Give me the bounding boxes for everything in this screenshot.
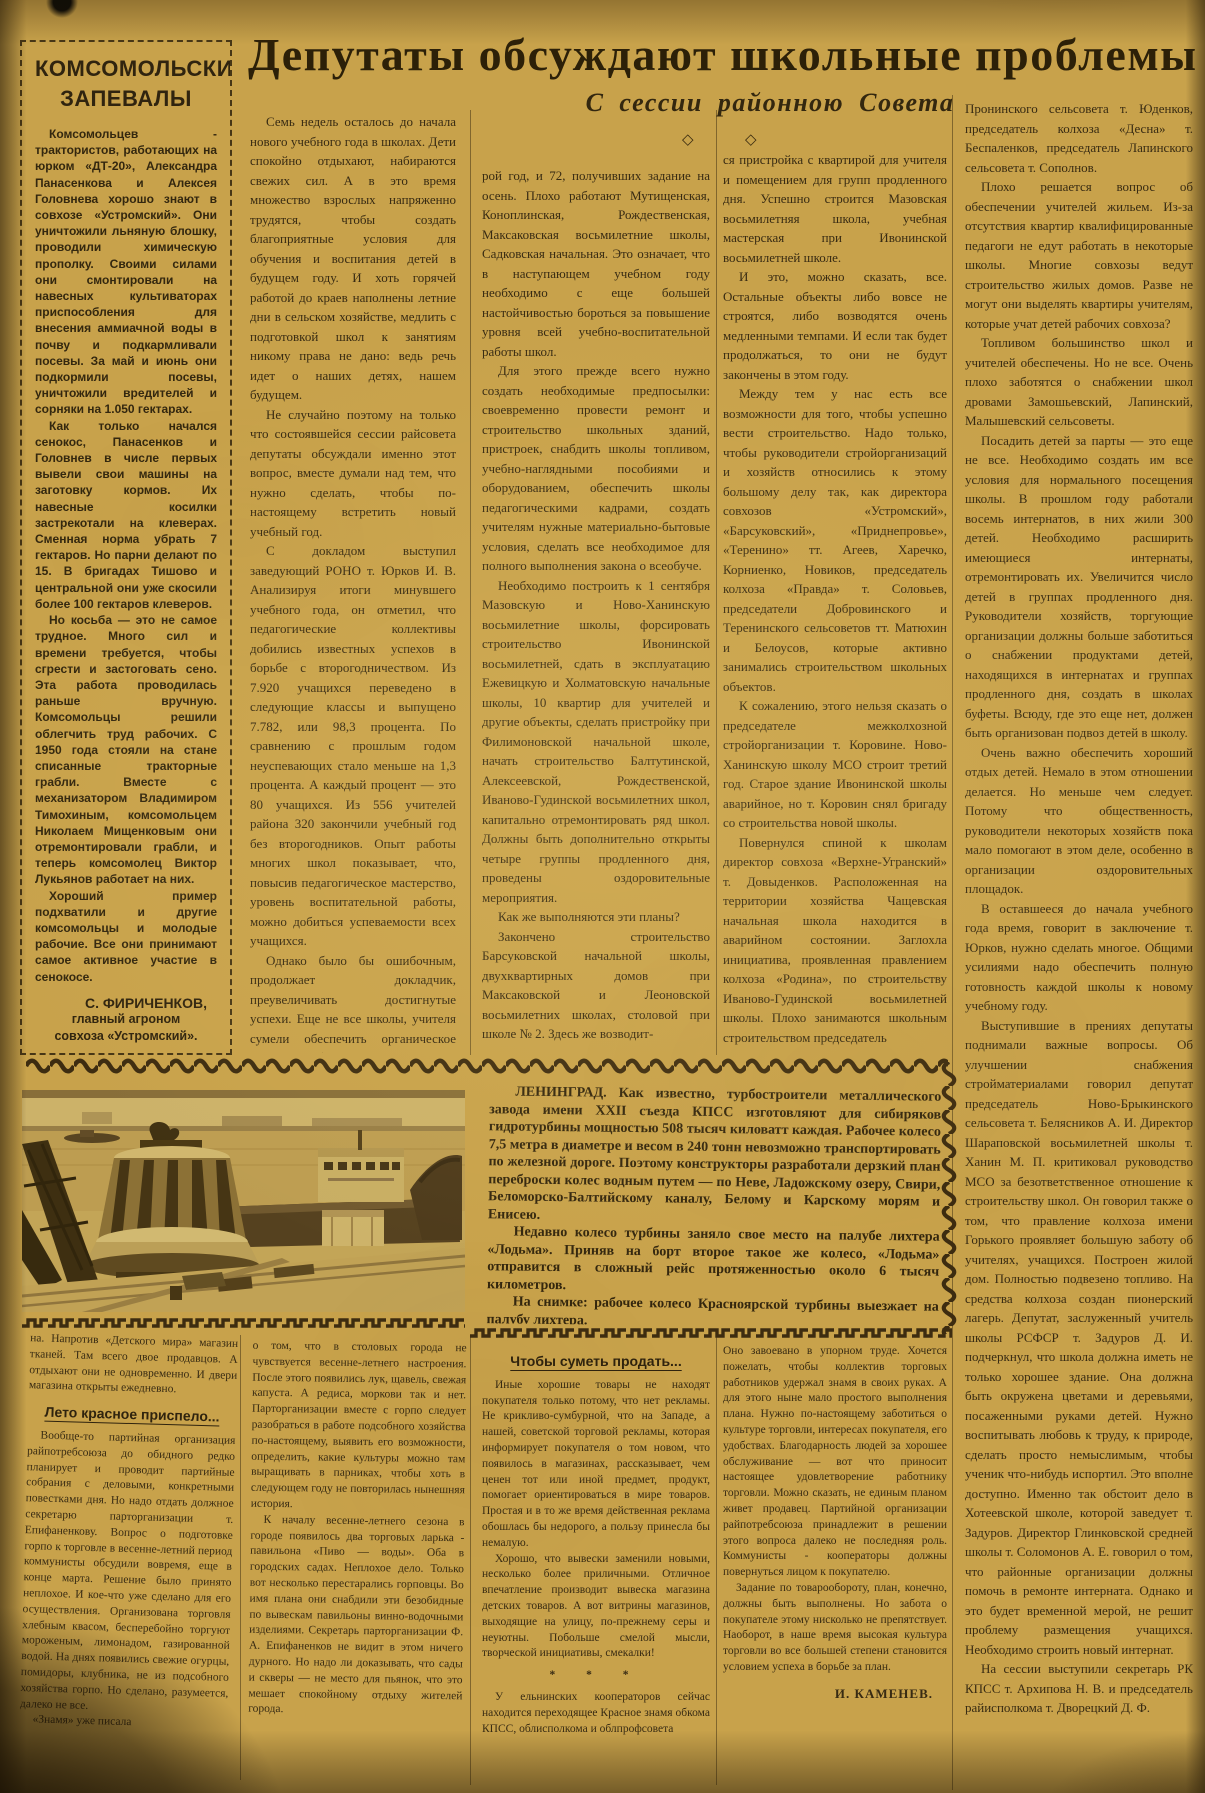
paragraph: Пронинского сельсовета т. Юденков, предс… <box>965 99 1193 177</box>
box-title-line1: КОМСОМОЛЬСКИЕ <box>35 54 217 84</box>
paragraph: На сессии выступили секретарь РК КПСС т.… <box>965 1659 1193 1718</box>
column-rule <box>470 110 471 1055</box>
main-headline: Депутаты обсуждают школьные проблемы <box>248 28 1198 81</box>
paragraph: Не случайно поэтому на только что состоя… <box>250 405 456 542</box>
article-column-1: Семь недель осталось до начала нового уч… <box>250 112 456 1053</box>
paragraph: Как только начался сенокос, Панасенков и… <box>35 418 217 612</box>
box-signature: С. ФИРИЧЕНКОВ, главный агроном совхоза «… <box>35 995 217 1045</box>
zigzag-divider <box>22 1316 465 1330</box>
paragraph: Закончено строительство Барсуковской нач… <box>482 927 710 1044</box>
bottom-column-2: о том, что в столовых города не чувствуе… <box>247 1339 466 1792</box>
zigzag-divider <box>470 1326 952 1340</box>
paragraph: Для этого прежде всего нужно создать нео… <box>482 361 710 576</box>
inline-header: Лето красное приспело... <box>28 1404 236 1426</box>
article-column-2: рой год, и 72, получивших задание на осе… <box>482 166 710 1054</box>
article-column-4: Пронинского сельсовета т. Юденков, предс… <box>965 99 1193 1791</box>
paragraph: Иные хорошие товары не находят покупател… <box>482 1378 710 1552</box>
paragraph: ся пристройка с квартирой для учителя и … <box>723 150 947 267</box>
paragraph: Задание по товарообороту, план, конечно,… <box>723 1581 947 1676</box>
stars-separator: * * * <box>482 1668 710 1684</box>
paragraph: Однако было бы ошибочным, продолжает док… <box>250 951 456 1054</box>
diamond-ornament: ◇ <box>682 130 694 149</box>
signature: И. КАМЕНЕВ. <box>723 1686 947 1702</box>
paragraph: Топливом большинство школ и учителей обе… <box>965 333 1193 431</box>
paragraph: К началу весенне-летнего сезона в городе… <box>248 1512 464 1720</box>
paragraph: Очень важно обеспечить хороший отдых дет… <box>965 743 1193 899</box>
paragraph: Но косьба — это не самое трудное. Много … <box>35 612 217 887</box>
diamond-ornament: ◇ <box>745 130 757 149</box>
box-body: Комсомольцев - трактористов, работающих … <box>35 126 217 985</box>
paragraph: В оставшееся до начала учебного года вре… <box>965 899 1193 1016</box>
box-title-line2: ЗАПЕВАЛЫ <box>35 84 217 114</box>
column-rule <box>716 1335 717 1785</box>
column-rule <box>240 1335 241 1780</box>
paragraph: Между тем у нас есть все возможности для… <box>723 384 947 696</box>
paragraph: Вообще-то партийная организация райпотре… <box>20 1428 236 1718</box>
author-role: главный агроном <box>35 1011 217 1028</box>
paragraph: Повернулся спиной к школам директор совх… <box>723 833 947 1048</box>
bottom-column-3: Чтобы суметь продать...Иные хорошие това… <box>482 1344 710 1790</box>
paragraph: Хорошо, что вывески заменили новыми, нес… <box>482 1552 710 1663</box>
paragraph: Выступившие в прениях депутаты поднимали… <box>965 1016 1193 1660</box>
news-photo-turbine-barge <box>22 1090 465 1312</box>
paragraph: Посадить детей за парты — это еще не все… <box>965 431 1193 743</box>
paragraph: Плохо решается вопрос об обеспечении учи… <box>965 177 1193 333</box>
bottom-column-1: на. Напротив «Детского мира» магазин тка… <box>18 1331 239 1793</box>
paragraph: Необходимо построить к 1 сентября Мазовс… <box>482 576 710 908</box>
article-column-3: ся пристройка с квартирой для учителя и … <box>723 150 947 1054</box>
column-rule <box>952 95 953 1790</box>
paragraph: У ельнинских кооператоров сейчас находит… <box>482 1690 710 1737</box>
subheadline: С сессии районною Совета <box>520 88 1020 118</box>
paragraph: Комсомольцев - трактористов, работающих … <box>35 126 217 418</box>
paragraph: Недавно колесо турбины заняло свое место… <box>487 1223 940 1299</box>
paragraph: Семь недель осталось до начала нового уч… <box>250 112 456 405</box>
paragraph: Оно завоевано в упорном труде. Хочется п… <box>723 1344 947 1581</box>
inline-header: Чтобы суметь продать... <box>482 1354 710 1370</box>
paragraph: И это, можно сказать, все. Остальные объ… <box>723 267 947 384</box>
box-title: КОМСОМОЛЬСКИЕ ЗАПЕВАЛЫ <box>35 54 217 114</box>
column-rule <box>470 1335 471 1785</box>
boxed-article-komsomol: КОМСОМОЛЬСКИЕ ЗАПЕВАЛЫ Комсомольцев - тр… <box>20 40 232 1055</box>
paragraph: о том, что в столовых города не чувствуе… <box>251 1339 467 1515</box>
author-name: С. ФИРИЧЕНКОВ, <box>35 995 217 1011</box>
author-org: совхоза «Устромский». <box>35 1028 217 1045</box>
column-rule <box>716 110 717 1055</box>
paragraph: рой год, и 72, получивших задание на осе… <box>482 166 710 361</box>
paragraph: ЛЕНИНГРАД. Как известно, турбостроители … <box>488 1083 942 1229</box>
paragraph: К сожалению, этого нельзя сказать о пред… <box>723 696 947 833</box>
rope-divider <box>26 1058 948 1074</box>
bottom-column-4: Оно завоевано в упорном труде. Хочется п… <box>723 1344 947 1790</box>
rope-divider-vertical <box>941 1062 957 1334</box>
paragraph: на. Напротив «Детского мира» магазин тка… <box>29 1331 239 1400</box>
newspaper-page: КОМСОМОЛЬСКИЕ ЗАПЕВАЛЫ Комсомольцев - тр… <box>0 0 1205 1793</box>
paragraph: Как же выполняются эти планы? <box>482 907 710 927</box>
tass-photo-story: ЛЕНИНГРАД. Как известно, турбостроители … <box>487 1083 942 1329</box>
paragraph: Хороший пример подхватили и другие комсо… <box>35 888 217 985</box>
paragraph: С докладом выступил заведующий РОНО т. Ю… <box>250 541 456 951</box>
paragraph: На снимке: рабочее колесо Красноярской т… <box>487 1293 939 1329</box>
